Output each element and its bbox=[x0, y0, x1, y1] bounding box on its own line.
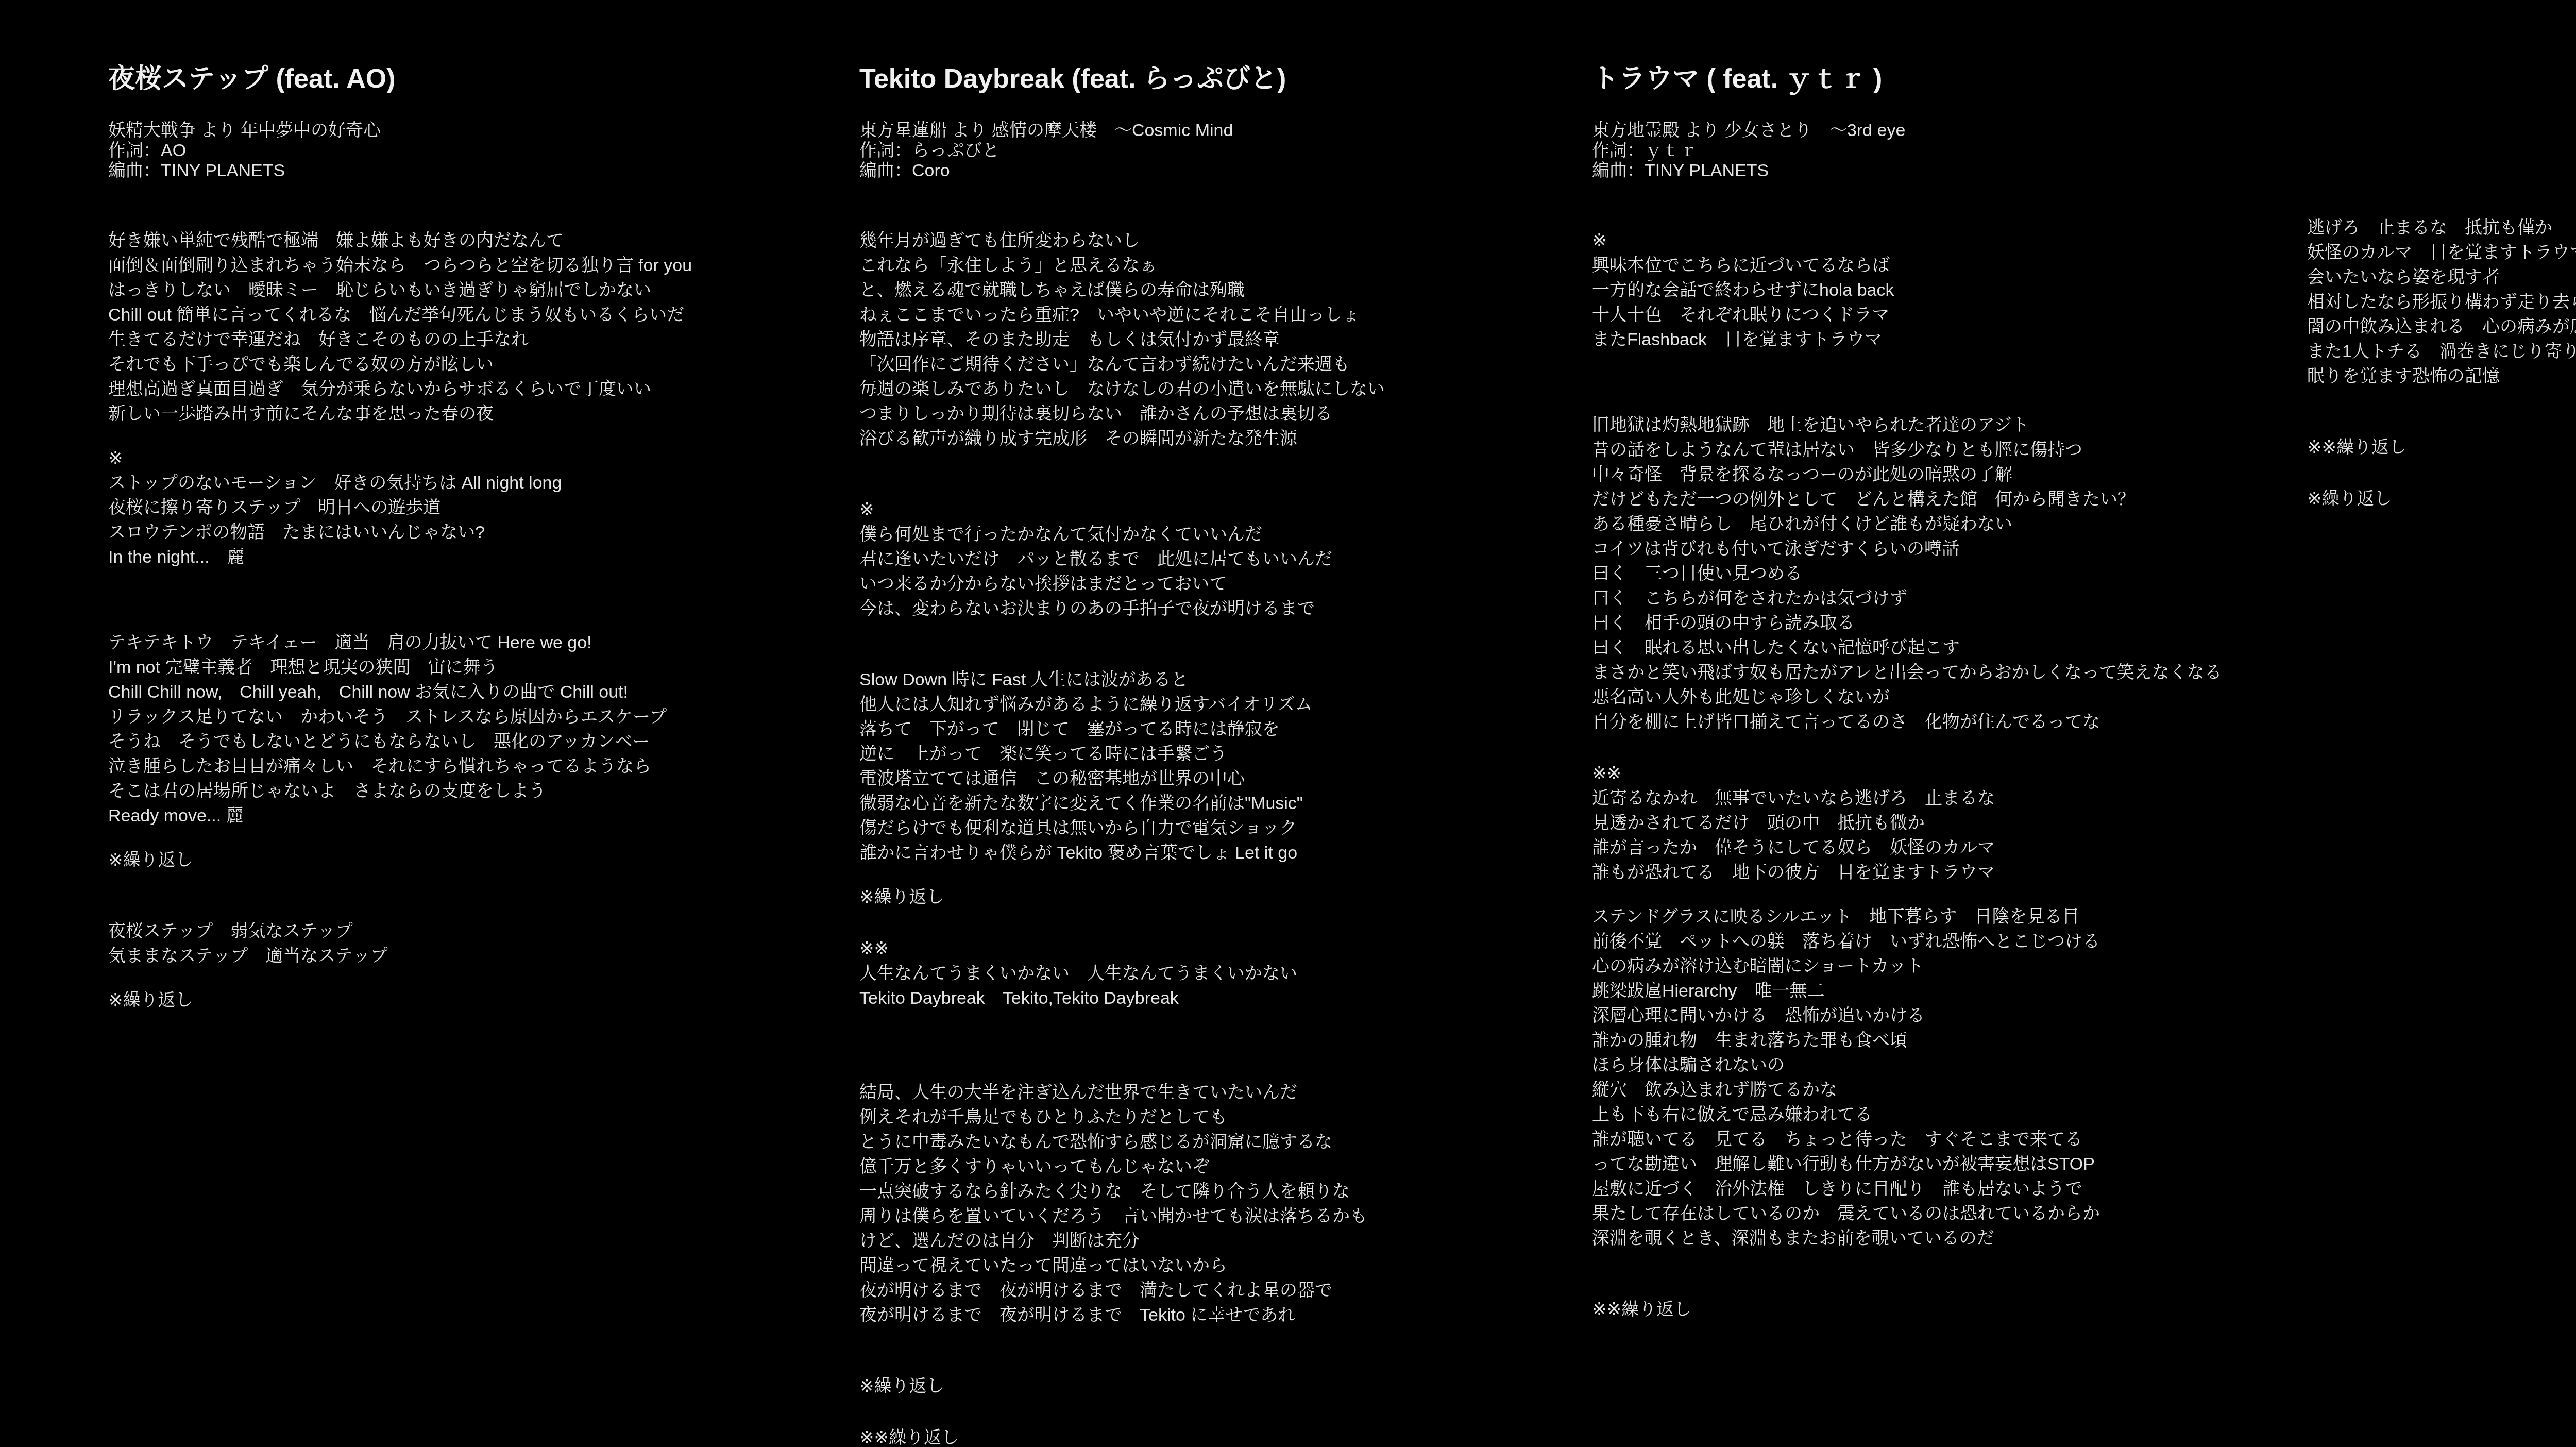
lyric-line: 旧地獄は灼熱地獄跡 地上を追いやられた者達のアジト bbox=[1592, 413, 2222, 438]
lyric-line: 夜が明けるまで 夜が明けるまで Tekito に幸せであれ bbox=[859, 1303, 1385, 1327]
lyric-line: 曰く こちらが何をされたかは気づけず bbox=[1592, 586, 2222, 611]
repeat-marker: ※※ bbox=[1592, 761, 2222, 786]
lyric-line: 「次回作にご期待ください」なんて言わず続けたいんだ来週も bbox=[859, 352, 1385, 377]
lyric-line: 曰く 三つ目使い見つめる bbox=[1592, 561, 2222, 586]
lyric-line: また1人トチる 渦巻きにじり寄り満ちる言葉は誰宛でもない bbox=[2307, 339, 2576, 364]
repeat-marker: ※※ bbox=[859, 936, 1385, 961]
stanza: ※ストップのないモーション 好きの気持ちは All night long夜桜に擦… bbox=[108, 446, 692, 569]
lyric-line: 結局、人生の大半を注ぎ込んだ世界で生きていたいんだ bbox=[859, 1080, 1385, 1105]
lyric-line: 泣き腫らしたお目目が痛々しい それにすら慣れちゃってるようなら bbox=[108, 754, 692, 779]
lyric-line: 夜桜ステップ 弱気なステップ bbox=[108, 919, 692, 944]
lyrics-column-trauma-continued: 逃げろ 止まるな 抵抗も僅か妖怪のカルマ 目を覚ますトラウマ会いたいなら姿を現す… bbox=[2307, 215, 2576, 511]
lyric-line: ねぇここまでいったら重症? いやいや逆にそれこそ自由っしょ bbox=[859, 302, 1385, 327]
lyric-line: 他人には人知れず悩みがあるように繰り返すバイオリズム bbox=[859, 692, 1385, 717]
lyric-line: 一方的な会話で終わらせずにhola back bbox=[1592, 278, 2222, 302]
lyric-line: 悪名高い人外も此処じゃ珍しくないが bbox=[1592, 685, 2222, 710]
lyric-line: 理想高過ぎ真面目過ぎ 気分が乗らないからサボるくらいで丁度いい bbox=[108, 377, 692, 401]
lyric-line: 人生なんてうまくいかない 人生なんてうまくいかない bbox=[859, 961, 1385, 986]
lyric-line: 今は、変わらないお決まりのあの手拍子で夜が明けるまで bbox=[859, 596, 1385, 621]
repeat-marker: ※※繰り返し bbox=[1592, 1297, 2222, 1322]
lyric-line: 十人十色 それぞれ眠りにつくドラマ bbox=[1592, 302, 2222, 327]
lyric-line: Chill Chill now, Chill yeah, Chill now お… bbox=[108, 680, 692, 704]
lyric-line: コイツは背びれも付いて泳ぎだすくらいの噂話 bbox=[1592, 536, 2222, 561]
lyric-line: ほら身体は騙されないの bbox=[1592, 1053, 2222, 1078]
lyric-line: Ready move... 麗 bbox=[108, 803, 692, 828]
lyric-line: 夜桜に擦り寄りステップ 明日への遊歩道 bbox=[108, 495, 692, 520]
lyric-line: 逆に 上がって 楽に笑ってる時には手繋ごう bbox=[859, 742, 1385, 766]
lyric-line: I'm not 完璧主義者 理想と現実の狭間 宙に舞う bbox=[108, 655, 692, 680]
lyric-line: 誰かの腫れ物 生まれ落ちた罪も食べ頃 bbox=[1592, 1028, 2222, 1053]
stanza: 結局、人生の大半を注ぎ込んだ世界で生きていたいんだ例えそれが千鳥足でもひとりふた… bbox=[859, 1080, 1385, 1327]
stanza: ※繰り返し bbox=[859, 1374, 1385, 1399]
lyric-line: とうに中毒みたいなもんで恐怖すら感じるが洞窟に臆するな bbox=[859, 1130, 1385, 1154]
stanza: ※繰り返し bbox=[859, 885, 1385, 910]
repeat-marker: ※繰り返し bbox=[108, 848, 692, 872]
lyric-line: そうね そうでもしないとどうにもならないし 悪化のアッカンベー bbox=[108, 729, 692, 754]
lyric-line: 曰く 相手の頭の中すら読み取る bbox=[1592, 611, 2222, 635]
stanza: ※※繰り返し bbox=[859, 1425, 1385, 1447]
stanza: ※繰り返し bbox=[108, 988, 692, 1013]
song-credits: 東方星蓮船 より 感情の摩天楼 ～Cosmic Mind作詞：らっぷびと編曲：C… bbox=[859, 121, 1385, 181]
lyric-line: 周りは僕らを置いていくだろう 言い聞かせても涙は落ちるかも bbox=[859, 1204, 1385, 1229]
lyric-line: リラックス足りてない かわいそう ストレスなら原因からエスケープ bbox=[108, 704, 692, 729]
stanza: ※興味本位でこちらに近づいてるならば一方的な会話で終わらせずにhola back… bbox=[1592, 228, 2222, 352]
stanza: ※※繰り返し bbox=[1592, 1297, 2222, 1322]
repeat-marker: ※繰り返し bbox=[108, 988, 692, 1013]
song-title: Tekito Daybreak (feat. らっぷびと) bbox=[859, 63, 1385, 95]
stanza: ※繰り返し bbox=[108, 848, 692, 872]
lyric-line: 例えそれが千鳥足でもひとりふたりだとしても bbox=[859, 1105, 1385, 1130]
lyric-line: 誰が言ったか 偉そうにしてる奴ら 妖怪のカルマ bbox=[1592, 835, 2222, 860]
repeat-marker: ※ bbox=[108, 446, 692, 470]
lyric-line: 昔の話をしようなんて輩は居ない 皆多少なりとも脛に傷持つ bbox=[1592, 438, 2222, 462]
song-title: トラウマ ( feat. ｙｔｒ ) bbox=[1592, 63, 2222, 95]
credit-line: 作詞：ｙｔｒ bbox=[1592, 141, 2222, 161]
stanza: ※繰り返し bbox=[2307, 486, 2576, 511]
lyric-line: 電波塔立てては通信 この秘密基地が世界の中心 bbox=[859, 766, 1385, 791]
credit-line: 編曲：Coro bbox=[859, 161, 1385, 181]
stanza: ステンドグラスに映るシルエット 地下暮らす 日陰を見る目前後不覚 ペットへの躾 … bbox=[1592, 904, 2222, 1251]
credit-line: 妖精大戦争 より 年中夢中の好奇心 bbox=[108, 121, 692, 141]
lyric-line: Slow Down 時に Fast 人生には波があると bbox=[859, 667, 1385, 692]
lyric-line: ってな勘違い 理解し難い行動も仕方がないが被害妄想はSTOP bbox=[1592, 1152, 2222, 1176]
song-credits: 東方地霊殿 より 少女さとり ～3rd eye作詞：ｙｔｒ編曲：TINY PLA… bbox=[1592, 121, 2222, 181]
lyric-line: 誰もが恐れてる 地下の彼方 目を覚ますトラウマ bbox=[1592, 860, 2222, 885]
stanza: ※※繰り返し bbox=[2307, 435, 2576, 460]
lyric-line: 中々奇怪 背景を探るなっつーのが此処の暗黙の了解 bbox=[1592, 462, 2222, 487]
stanza: テキテキトウ テキイェー 適当 肩の力抜いて Here we go!I'm no… bbox=[108, 630, 692, 828]
lyric-line: 僕ら何処まで行ったかなんて気付かなくていいんだ bbox=[859, 522, 1385, 547]
song-title: 夜桜ステップ (feat. AO) bbox=[108, 63, 692, 95]
lyric-line: 新しい一歩踏み出す前にそんな事を思った春の夜 bbox=[108, 401, 692, 426]
lyric-line: 面倒＆面倒刷り込まれちゃう始末なら つらつらと空を切る独り言 for you bbox=[108, 253, 692, 278]
lyric-line: 物語は序章、そのまた助走 もしくは気付かず最終章 bbox=[859, 327, 1385, 352]
lyric-line: 君に逢いたいだけ パッと散るまで 此処に居てもいいんだ bbox=[859, 547, 1385, 571]
stanza: Slow Down 時に Fast 人生には波があると他人には人知れず悩みがある… bbox=[859, 667, 1385, 865]
lyric-line: 上も下も右に倣えで忌み嫌われてる bbox=[1592, 1102, 2222, 1127]
repeat-marker: ※ bbox=[859, 497, 1385, 522]
lyric-line: 逃げろ 止まるな 抵抗も僅か bbox=[2307, 215, 2576, 240]
lyric-line: 見透かされてるだけ 頭の中 抵抗も微か bbox=[1592, 811, 2222, 835]
repeat-marker: ※繰り返し bbox=[859, 885, 1385, 910]
lyric-line: だけどもただ一つの例外として どんと構えた館 何から聞きたい？ bbox=[1592, 487, 2222, 512]
lyric-line: 夜が明けるまで 夜が明けるまで 満たしてくれよ星の器で bbox=[859, 1278, 1385, 1303]
lyric-line: 毎週の楽しみでありたいし なけなしの君の小遣いを無駄にしない bbox=[859, 377, 1385, 401]
lyric-line: 間違って視えていたって間違ってはいないから bbox=[859, 1253, 1385, 1278]
lyric-line: 幾年月が過ぎても住所変わらないし bbox=[859, 228, 1385, 253]
lyric-line: 屋敷に近づく 治外法権 しきりに目配り 誰も居ないようで bbox=[1592, 1176, 2222, 1201]
stanza: 好き嫌い単純で残酷で極端 嫌よ嫌よも好きの内だなんて面倒＆面倒刷り込まれちゃう始… bbox=[108, 228, 692, 426]
credit-line: 編曲：TINY PLANETS bbox=[108, 161, 692, 181]
stanza: ※※人生なんてうまくいかない 人生なんてうまくいかないTekito Daybre… bbox=[859, 936, 1385, 1011]
lyric-line: そこは君の居場所じゃないよ さよならの支度をしよう bbox=[108, 779, 692, 803]
lyric-line: 深層心理に問いかける 恐怖が追いかける bbox=[1592, 1003, 2222, 1028]
credit-line: 編曲：TINY PLANETS bbox=[1592, 161, 2222, 181]
lyric-line: 自分を棚に上げ皆口揃えて言ってるのさ 化物が住んでるってな bbox=[1592, 710, 2222, 734]
stanza: 幾年月が過ぎても住所変わらないしこれなら「永住しよう」と思えるなぁと、燃える魂で… bbox=[859, 228, 1385, 451]
lyric-line: 傷だらけでも便利な道具は無いから自力で電気ショック bbox=[859, 816, 1385, 840]
lyric-line: 深淵を覗くとき、深淵もまたお前を覗いているのだ bbox=[1592, 1226, 2222, 1251]
lyric-line: 心の病みが溶け込む暗闇にショートカット bbox=[1592, 954, 2222, 979]
lyric-line: 果たして存在はしているのか 震えているのは恐れているからか bbox=[1592, 1201, 2222, 1226]
lyric-line: ある種憂さ晴らし 尾ひれが付くけど誰もが疑わない bbox=[1592, 512, 2222, 536]
lyric-line: 妖怪のカルマ 目を覚ますトラウマ bbox=[2307, 240, 2576, 265]
lyrics-column-yozakura-step: 夜桜ステップ (feat. AO)妖精大戦争 より 年中夢中の好奇心作詞：AO編… bbox=[108, 63, 692, 1013]
lyric-line: ステンドグラスに映るシルエット 地下暮らす 日陰を見る目 bbox=[1592, 904, 2222, 929]
credit-line: 東方星蓮船 より 感情の摩天楼 ～Cosmic Mind bbox=[859, 121, 1385, 141]
lyric-line: 曰く 眠れる思い出したくない記憶呼び起こす bbox=[1592, 635, 2222, 660]
lyric-line: またFlashback 目を覚ますトラウマ bbox=[1592, 327, 2222, 352]
credit-line: 東方地霊殿 より 少女さとり ～3rd eye bbox=[1592, 121, 2222, 141]
lyric-line: 微弱な心音を新たな数字に変えてく作業の名前は"Music" bbox=[859, 791, 1385, 816]
lyric-line: スロウテンポの物語 たまにはいいんじゃない? bbox=[108, 520, 692, 545]
lyric-line: 興味本位でこちらに近づいてるならば bbox=[1592, 253, 2222, 278]
lyric-line: 億千万と多くすりゃいいってもんじゃないぞ bbox=[859, 1154, 1385, 1179]
lyric-line: 生きてるだけで幸運だね 好きこそのものの上手なれ bbox=[108, 327, 692, 352]
lyric-line: 近寄るなかれ 無事でいたいなら逃げろ 止まるな bbox=[1592, 786, 2222, 811]
lyric-line: と、燃える魂で就職しちゃえば僕らの寿命は殉職 bbox=[859, 278, 1385, 302]
lyric-line: つまりしっかり期待は裏切らない 誰かさんの予想は裏切る bbox=[859, 401, 1385, 426]
lyric-line: これなら「永住しよう」と思えるなぁ bbox=[859, 253, 1385, 278]
lyric-line: 一点突破するなら針みたく尖りな そして隣り合う人を頼りな bbox=[859, 1179, 1385, 1204]
stanza: 夜桜ステップ 弱気なステップ気ままなステップ 適当なステップ bbox=[108, 919, 692, 968]
stanza: 逃げろ 止まるな 抵抗も僅か妖怪のカルマ 目を覚ますトラウマ会いたいなら姿を現す… bbox=[2307, 215, 2576, 389]
lyric-line: それでも下手っぴでも楽しんでる奴の方が眩しい bbox=[108, 352, 692, 377]
lyric-line: 眠りを覚ます恐怖の記憶 bbox=[2307, 364, 2576, 389]
lyric-line: 気ままなステップ 適当なステップ bbox=[108, 944, 692, 968]
repeat-marker: ※※繰り返し bbox=[859, 1425, 1385, 1447]
lyric-line: 縦穴 飲み込まれず勝てるかな bbox=[1592, 1078, 2222, 1102]
lyric-line: 浴びる歓声が織り成す完成形 その瞬間が新たな発生源 bbox=[859, 426, 1385, 451]
lyrics-column-tekito-daybreak: Tekito Daybreak (feat. らっぷびと)東方星蓮船 より 感情… bbox=[859, 63, 1385, 1447]
stanza: 旧地獄は灼熱地獄跡 地上を追いやられた者達のアジト昔の話をしようなんて輩は居ない… bbox=[1592, 413, 2222, 734]
lyric-line: 会いたいなら姿を現す者 bbox=[2307, 265, 2576, 290]
credit-line: 作詞：らっぷびと bbox=[859, 141, 1385, 161]
lyric-line: 落ちて 下がって 閉じて 塞がってる時には静寂を bbox=[859, 717, 1385, 742]
repeat-marker: ※繰り返し bbox=[2307, 486, 2576, 511]
lyric-line: 闇の中飲み込まれる 心の病みが広がり暗がりの中に落ちる bbox=[2307, 314, 2576, 339]
lyric-line: まさかと笑い飛ばす奴も居たがアレと出会ってからおかしくなって笑えなくなる bbox=[1592, 660, 2222, 685]
stanza: ※※近寄るなかれ 無事でいたいなら逃げろ 止まるな見透かされてるだけ 頭の中 抵… bbox=[1592, 761, 2222, 885]
lyric-line: 相対したなら形振り構わず走り去らねば取り込まれる bbox=[2307, 290, 2576, 314]
lyric-line: いつ来るか分からない挨拶はまだとっておいて bbox=[859, 571, 1385, 596]
lyric-line: In the night... 麗 bbox=[108, 545, 692, 569]
credit-line: 作詞：AO bbox=[108, 141, 692, 161]
lyric-line: 前後不覚 ペットへの躾 落ち着け いずれ恐怖へとこじつける bbox=[1592, 929, 2222, 954]
lyric-line: ストップのないモーション 好きの気持ちは All night long bbox=[108, 470, 692, 495]
stanza: ※僕ら何処まで行ったかなんて気付かなくていいんだ君に逢いたいだけ パッと散るまで… bbox=[859, 497, 1385, 621]
repeat-marker: ※繰り返し bbox=[859, 1374, 1385, 1399]
repeat-marker: ※ bbox=[1592, 228, 2222, 253]
lyric-line: テキテキトウ テキイェー 適当 肩の力抜いて Here we go! bbox=[108, 630, 692, 655]
lyrics-column-trauma: トラウマ ( feat. ｙｔｒ )東方地霊殿 より 少女さとり ～3rd ey… bbox=[1592, 63, 2222, 1322]
repeat-marker: ※※繰り返し bbox=[2307, 435, 2576, 460]
lyric-line: 誰が聴いてる 見てる ちょっと待った すぐそこまで来てる bbox=[1592, 1127, 2222, 1152]
lyric-line: Tekito Daybreak Tekito,Tekito Daybreak bbox=[859, 986, 1385, 1011]
lyric-line: けど、選んだのは自分 判断は充分 bbox=[859, 1229, 1385, 1253]
lyrics-booklet: 夜桜ステップ (feat. AO)妖精大戦争 より 年中夢中の好奇心作詞：AO編… bbox=[0, 0, 2576, 1447]
lyric-line: 誰かに言わせりゃ僕らが Tekito 褒め言葉でしょ Let it go bbox=[859, 840, 1385, 865]
lyric-line: はっきりしない 曖昧ミー 恥じらいもいき過ぎりゃ窮屈でしかない bbox=[108, 278, 692, 302]
lyric-line: Chill out 簡単に言ってくれるな 悩んだ挙句死んじまう奴もいるくらいだ bbox=[108, 302, 692, 327]
song-credits: 妖精大戦争 より 年中夢中の好奇心作詞：AO編曲：TINY PLANETS bbox=[108, 121, 692, 181]
lyric-line: 好き嫌い単純で残酷で極端 嫌よ嫌よも好きの内だなんて bbox=[108, 228, 692, 253]
lyric-line: 跳梁跋扈Hierarchy 唯一無二 bbox=[1592, 979, 2222, 1003]
lyrics-booklet-page: { "page": { "background": "#000000", "te… bbox=[0, 0, 2576, 1447]
